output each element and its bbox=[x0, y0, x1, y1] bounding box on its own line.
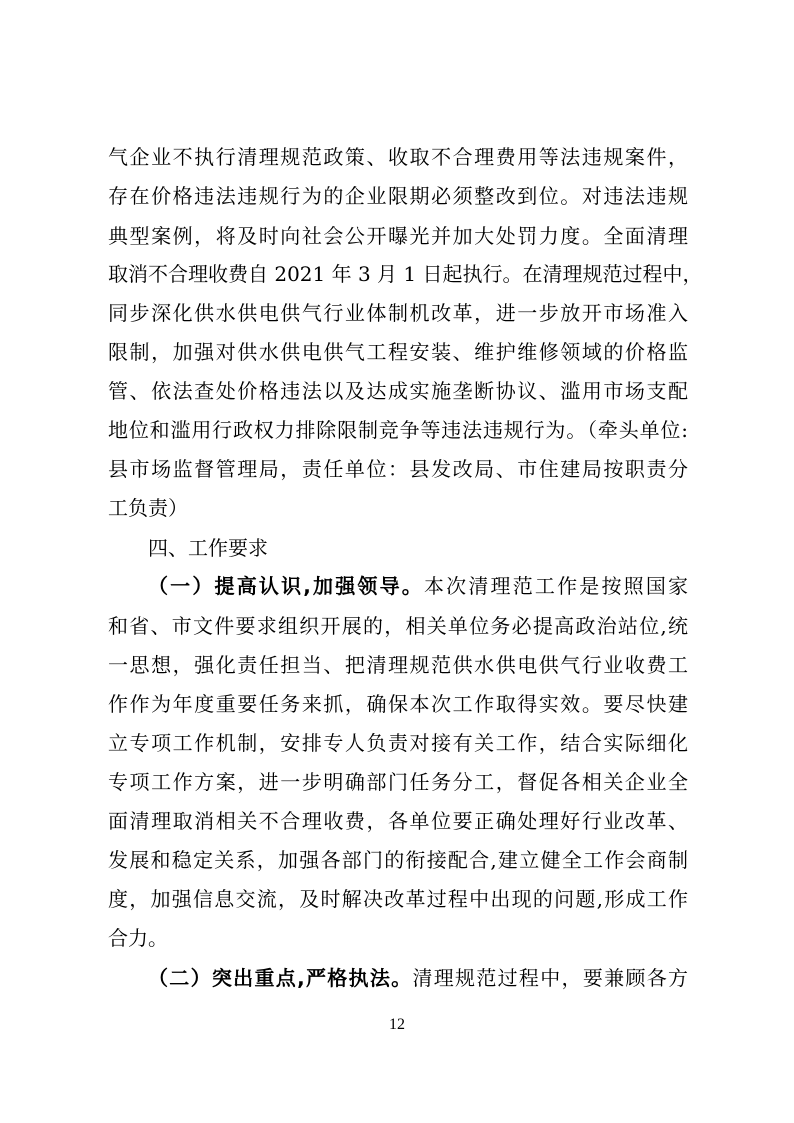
subsection-2-first-line: （二）突出重点,严格执法。清理规范过程中，要兼顾各方 bbox=[148, 963, 688, 993]
body-line: 限制，加强对供水供电供气工程安装、维护维修领域的价格监 bbox=[108, 337, 688, 367]
body-line: 立专项工作机制，安排专人负责对接有关工作，结合实际细化 bbox=[108, 728, 688, 758]
body-line: 作作为年度重要任务来抓，确保本次工作取得实效。要尽快建 bbox=[108, 689, 688, 719]
subsection-1-text: 本次清理范工作是按照国家 bbox=[424, 574, 688, 598]
subsection-1-title: （一）提高认识,加强领导。 bbox=[148, 574, 424, 598]
body-line: 一思想，强化责任担当、把清理规范供水供电供气行业收费工 bbox=[108, 650, 688, 680]
body-line: 合力。 bbox=[108, 923, 688, 953]
subsection-1-first-line: （一）提高认识,加强领导。本次清理范工作是按照国家 bbox=[148, 571, 688, 601]
subsection-2-text: 清理规范过程中，要兼顾各方 bbox=[412, 966, 688, 990]
subsection-2-title: （二）突出重点,严格执法。 bbox=[148, 966, 412, 990]
body-line: 地位和滥用行政权力排除限制竞争等违法违规行为。（牵头单位: bbox=[108, 415, 688, 445]
body-line: 专项工作方案，进一步明确部门任务分工，督促各相关企业全 bbox=[108, 767, 688, 797]
page-number: 12 bbox=[0, 1016, 794, 1034]
body-line: 工负责） bbox=[108, 493, 688, 523]
body-line: 县市场监督管理局，责任单位：县发改局、市住建局按职责分 bbox=[108, 454, 688, 484]
body-line: 典型案例，将及时向社会公开曝光并加大处罚力度。全面清理 bbox=[108, 221, 688, 251]
body-line: 取消不合理收费自 2021 年 3 月 1 日起执行。在清理规范过程中， bbox=[108, 259, 688, 289]
document-page: 气企业不执行清理规范政策、收取不合理费用等法违规案件， 存在价格违法违规行为的企… bbox=[0, 0, 794, 1123]
body-line: 面清理取消相关不合理收费，各单位要正确处理好行业改革、 bbox=[108, 806, 688, 836]
body-line: 发展和稳定关系，加强各部门的衔接配合,建立健全工作会商制 bbox=[108, 845, 688, 875]
section-heading: 四、工作要求 bbox=[148, 533, 688, 563]
body-line: 存在价格违法违规行为的企业限期必须整改到位。对违法违规 bbox=[108, 181, 688, 211]
body-line: 度，加强信息交流，及时解决改革过程中出现的问题,形成工作 bbox=[108, 884, 688, 914]
body-line: 同步深化供水供电供气行业体制机改革，进一步放开市场准入 bbox=[108, 298, 688, 328]
body-line: 管、依法查处价格违法以及达成实施垄断协议、滥用市场支配 bbox=[108, 376, 688, 406]
body-line: 气企业不执行清理规范政策、收取不合理费用等法违规案件， bbox=[108, 142, 688, 172]
body-line: 和省、市文件要求组织开展的，相关单位务必提高政治站位,统 bbox=[108, 611, 688, 641]
